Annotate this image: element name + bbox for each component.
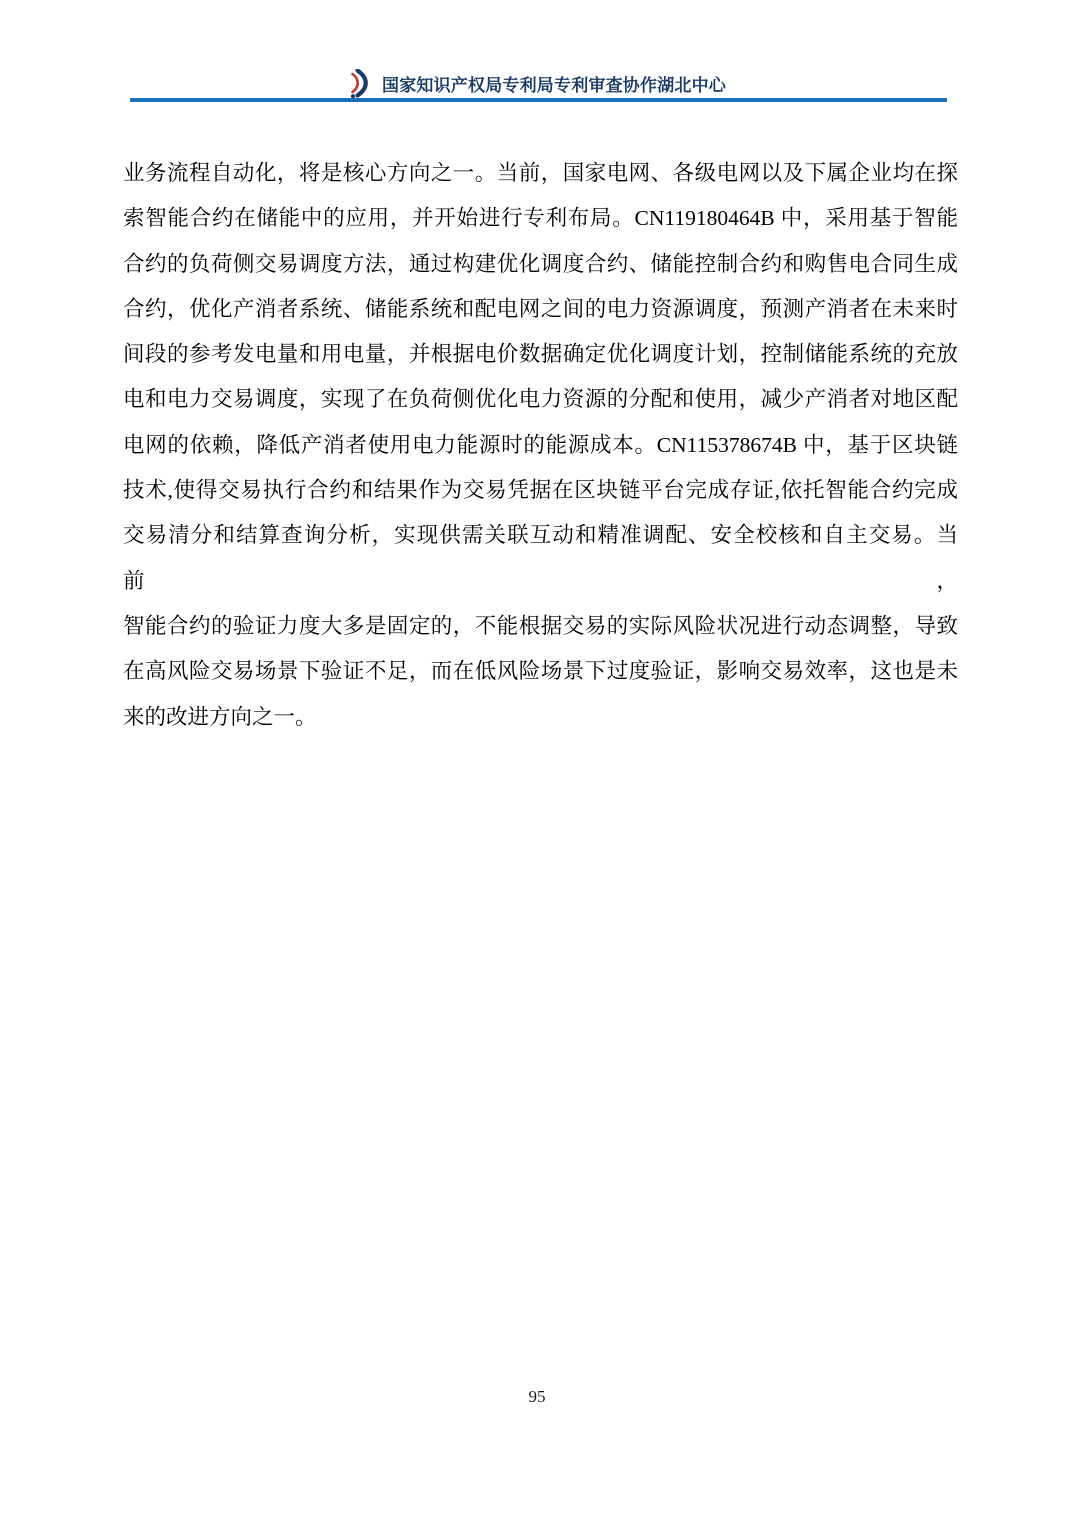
body-text-line: 技术,使得交易执行合约和结果作为交易凭据在区块链平台完成存证,依托智能合约完成 bbox=[123, 468, 958, 513]
body-text-line: 来的改进方向之一。 bbox=[123, 695, 958, 740]
body-text-line: 在高风险交易场景下验证不足，而在低风险场景下过度验证，影响交易效率，这也是未 bbox=[123, 649, 958, 694]
body-text-line: 间段的参考发电量和用电量，并根据电价数据确定优化调度计划，控制储能系统的充放 bbox=[123, 332, 958, 377]
body-text-line: 业务流程自动化，将是核心方向之一。当前，国家电网、各级电网以及下属企业均在探 bbox=[123, 151, 958, 196]
document-page: 国家知识产权局专利局专利审查协作湖北中心 业务流程自动化，将是核心方向之一。当前… bbox=[0, 0, 1074, 1520]
body-text-line: 索智能合约在储能中的应用，并开始进行专利布局。CN119180464B 中，采用… bbox=[123, 196, 958, 241]
page-number: 95 bbox=[0, 1387, 1074, 1407]
cnipa-logo-icon bbox=[348, 69, 369, 99]
header-rule-line bbox=[130, 98, 947, 102]
header-title: 国家知识产权局专利局专利审查协作湖北中心 bbox=[382, 71, 726, 96]
body-text-line: 交易清分和结算查询分析，实现供需关联互动和精准调配、安全校核和自主交易。当前， bbox=[123, 513, 958, 604]
page-header: 国家知识产权局专利局专利审查协作湖北中心 bbox=[0, 66, 1074, 100]
body-text-line: 合约，优化产消者系统、储能系统和配电网之间的电力资源调度，预测产消者在未来时 bbox=[123, 287, 958, 332]
body-text-line: 合约的负荷侧交易调度方法，通过构建优化调度合约、储能控制合约和购售电合同生成 bbox=[123, 242, 958, 287]
document-body: 业务流程自动化，将是核心方向之一。当前，国家电网、各级电网以及下属企业均在探 索… bbox=[123, 151, 958, 740]
body-text-line: 电和电力交易调度，实现了在负荷侧优化电力资源的分配和使用，减少产消者对地区配 bbox=[123, 377, 958, 422]
body-text-line: 电网的依赖，降低产消者使用电力能源时的能源成本。CN115378674B 中，基… bbox=[123, 423, 958, 468]
body-text-line: 智能合约的验证力度大多是固定的，不能根据交易的实际风险状况进行动态调整，导致 bbox=[123, 604, 958, 649]
